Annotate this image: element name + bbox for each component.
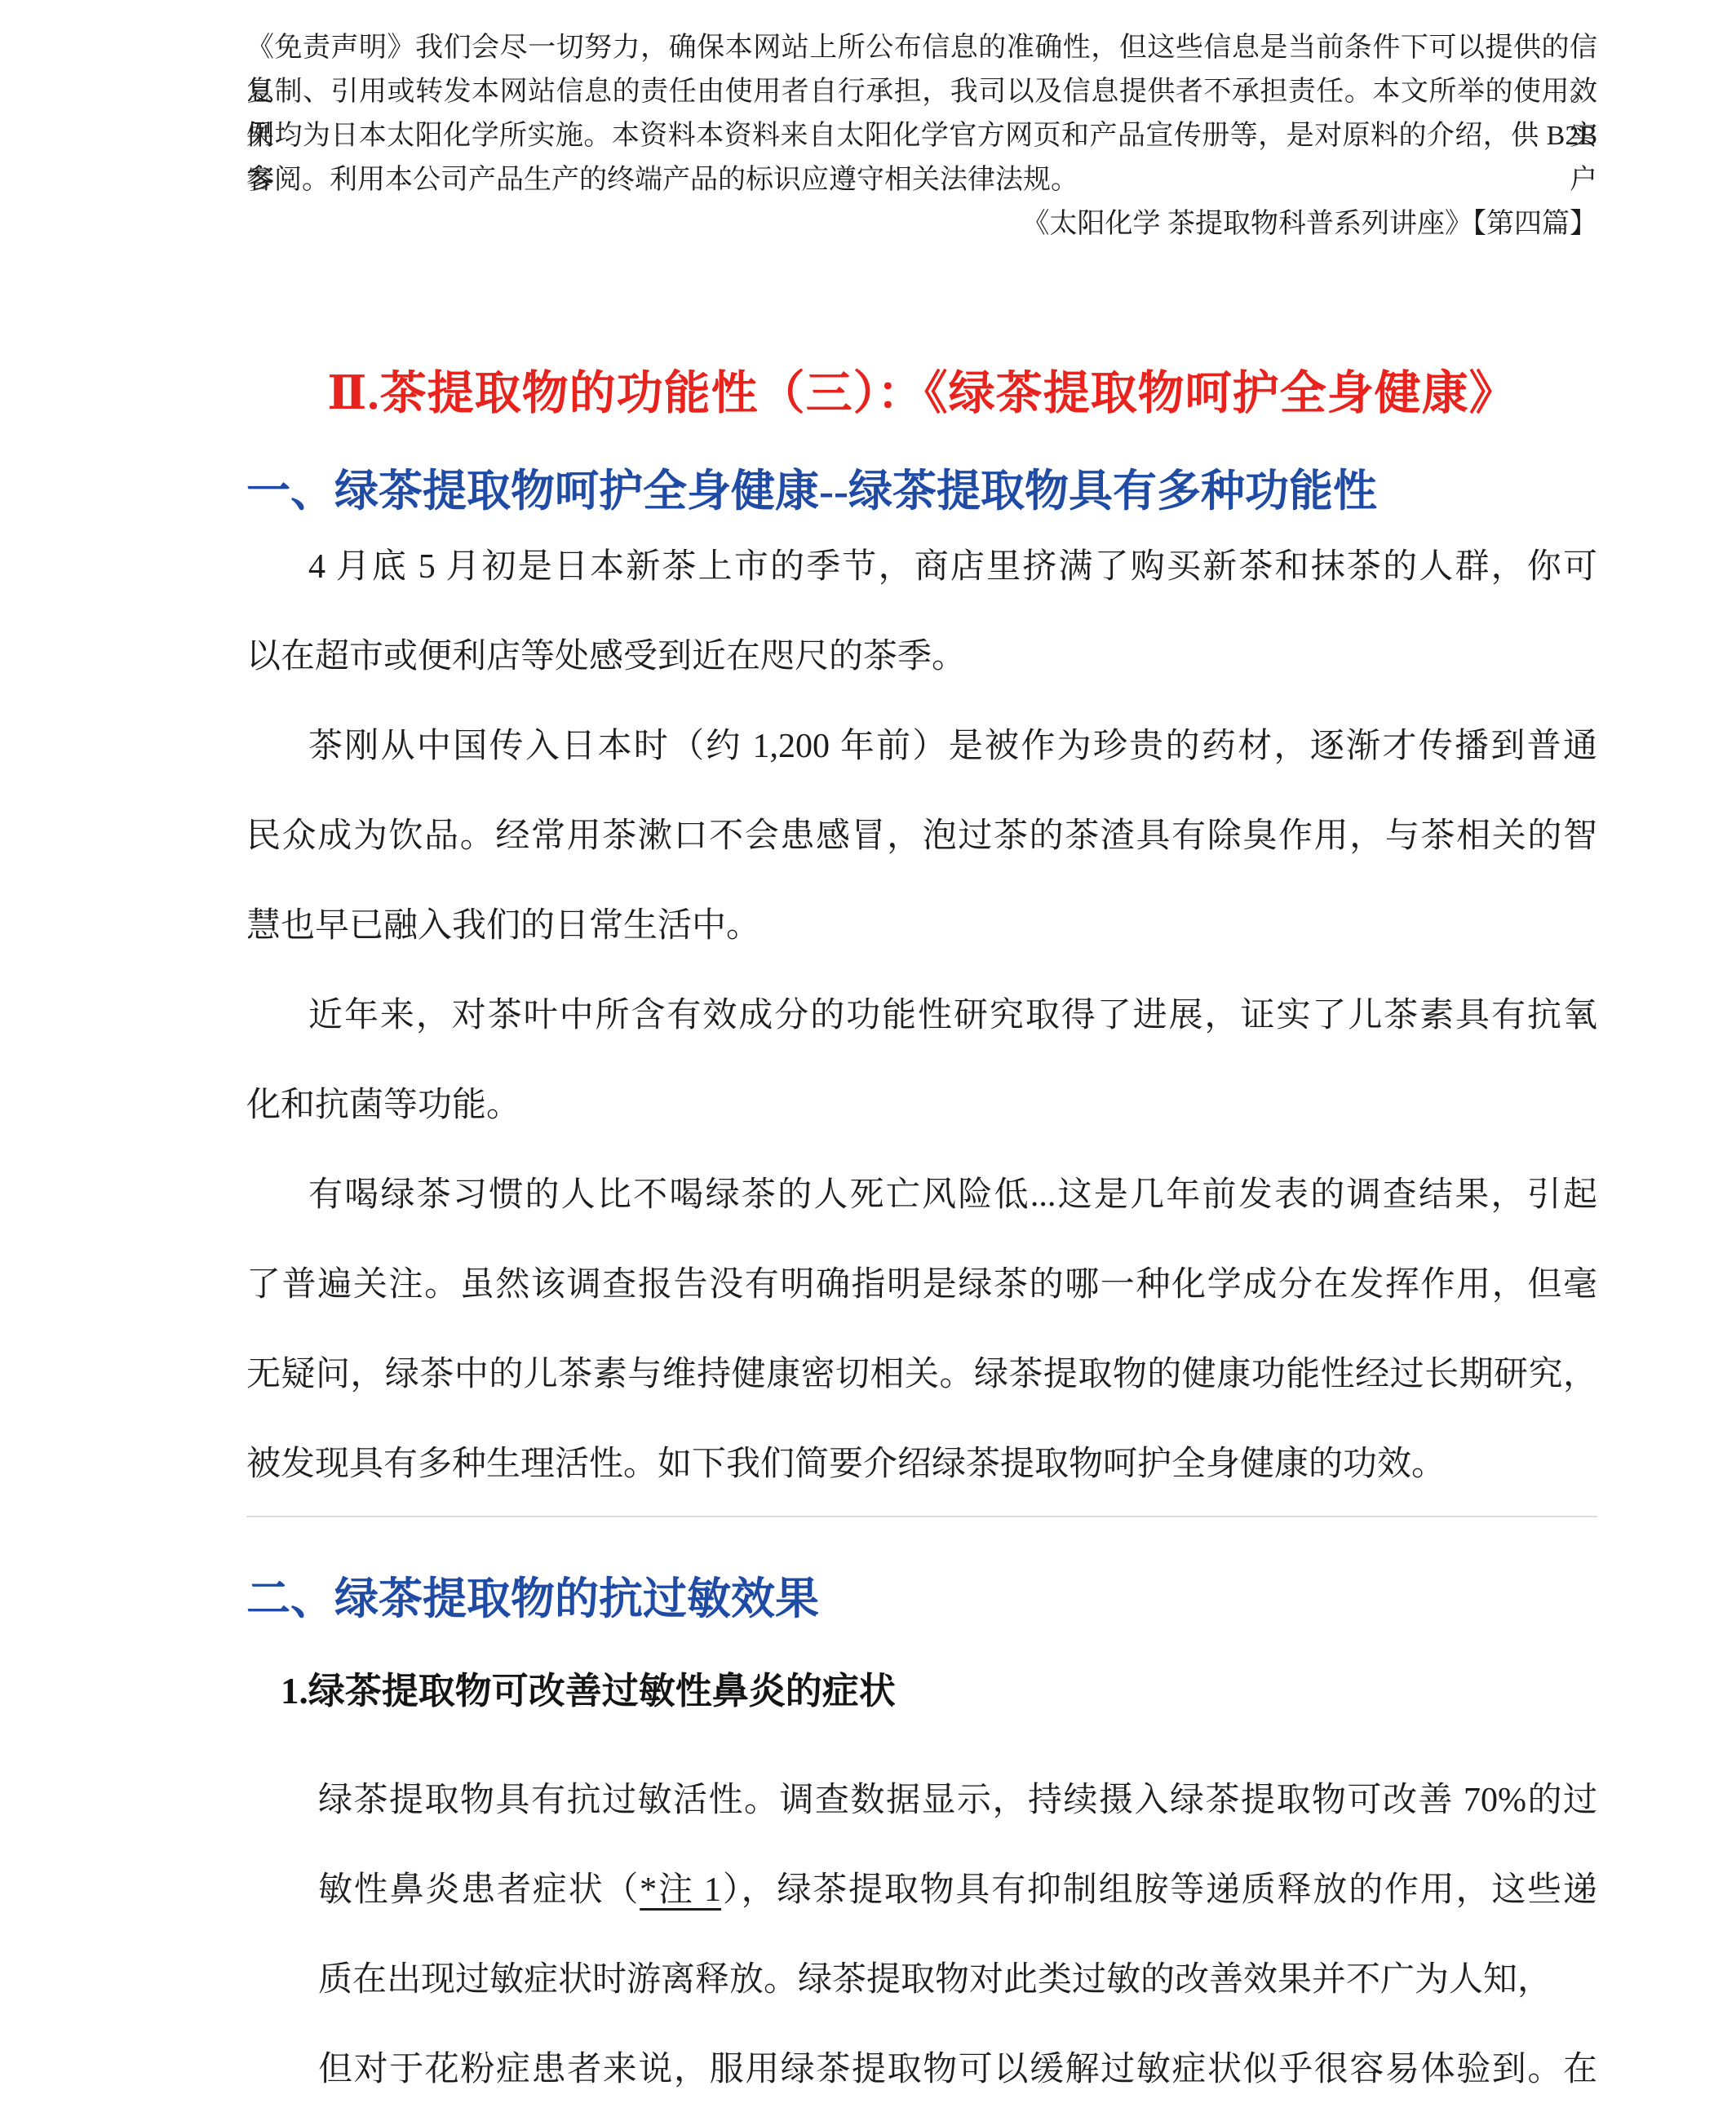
text-segment: 茶刚从中国传入日本时（约 1,200 年前）是被作为珍贵的药材，逐渐才传播到普通 [308,728,1597,765]
paragraph: 4 月底 5 月初是日本新茶上市的季节，商店里挤满了购买新茶和抹茶的人群，你可以… [246,522,1597,702]
disclaimer-line: 《太阳化学 茶提取物科普系列讲座》【第四篇】 [246,202,1597,246]
body-line: 民众成为饮品。经常用茶漱口不会患感冒，泡过茶的茶渣具有除臭作用，与茶相关的智 [246,791,1597,881]
text-segment: 无疑问，绿茶中的儿茶素与维持健康密切相关。绿茶提取物的健康功能性经过长期研究， [246,1356,1597,1393]
body-line: 有喝绿茶习惯的人比不喝绿茶的人死亡风险低...这是几年前发表的调查结果，引起 [246,1150,1597,1240]
body-line: 被发现具有多种生理活性。如下我们简要介绍绿茶提取物呵护全身健康的功效。 [246,1419,1597,1509]
text-segment: 以在超市或便利店等处感受到近在咫尺的茶季。 [246,638,966,675]
paragraph: 近年来，对茶叶中所含有效成分的功能性研究取得了进展，证实了儿茶素具有抗氧化和抗菌… [246,971,1597,1150]
section1-body: 4 月底 5 月初是日本新茶上市的季节，商店里挤满了购买新茶和抹茶的人群，你可以… [246,522,1597,1509]
document-page: 《免责声明》我们会尽一切努力，确保本网站上所公布信息的准确性，但这些信息是当前条… [0,0,1736,2121]
section2-heading: 二、绿茶提取物的抗过敏效果 [246,1568,1597,1630]
body-line: 质在出现过敏症状时游离释放。绿茶提取物对此类过敏的改善效果并不广为人知， [318,1935,1597,2025]
text-segment: 被发现具有多种生理活性。如下我们简要介绍绿茶提取物呵护全身健康的功效。 [246,1446,1446,1483]
body-line: 以在超市或便利店等处感受到近在咫尺的茶季。 [246,612,1597,702]
body-line: 慧也早已融入我们的日常生活中。 [246,881,1597,971]
text-segment: 民众成为饮品。经常用茶漱口不会患感冒，泡过茶的茶渣具有除臭作用，与茶相关的智 [246,817,1597,855]
paragraph: 绿茶提取物具有抗过敏活性。调查数据显示，持续摄入绿茶提取物可改善 70%的过敏性… [318,1756,1597,2114]
section2-body: 绿茶提取物具有抗过敏活性。调查数据显示，持续摄入绿茶提取物可改善 70%的过敏性… [318,1756,1597,2114]
section-divider [246,1516,1597,1517]
text-segment: 绿茶提取物具有抗过敏活性。调查数据显示，持续摄入绿茶提取物可改善 70%的过 [318,1782,1597,1819]
disclaimer-block: 《免责声明》我们会尽一切努力，确保本网站上所公布信息的准确性，但这些信息是当前条… [246,26,1597,246]
text-segment: 了普遍关注。虽然该调查报告没有明确指明是绿茶的哪一种化学成分在发挥作用，但毫 [246,1266,1597,1304]
body-line: 敏性鼻炎患者症状（*注 1），绿茶提取物具有抑制组胺等递质释放的作用，这些递 [318,1845,1597,1935]
text-segment: 4 月底 5 月初是日本新茶上市的季节，商店里挤满了购买新茶和抹茶的人群，你可 [308,548,1597,586]
body-line: 绿茶提取物具有抗过敏活性。调查数据显示，持续摄入绿茶提取物可改善 70%的过 [318,1756,1597,1845]
body-line: 化和抗菌等功能。 [246,1060,1597,1150]
text-segment: 敏性鼻炎患者症状（ [318,1871,640,1909]
text-segment: 但对于花粉症患者来说，服用绿茶提取物可以缓解过敏症状似乎很容易体验到。在 [318,2051,1597,2088]
body-line: 了普遍关注。虽然该调查报告没有明确指明是绿茶的哪一种化学成分在发挥作用，但毫 [246,1240,1597,1330]
section1-heading: 一、绿茶提取物呵护全身健康--绿茶提取物具有多种功能性 [246,460,1597,522]
paragraph: 有喝绿茶习惯的人比不喝绿茶的人死亡风险低...这是几年前发表的调查结果，引起了普… [246,1150,1597,1509]
text-segment: 近年来，对茶叶中所含有效成分的功能性研究取得了进展，证实了儿茶素具有抗氧 [308,997,1597,1034]
text-segment: 慧也早已融入我们的日常生活中。 [246,907,760,945]
body-line: 4 月底 5 月初是日本新茶上市的季节，商店里挤满了购买新茶和抹茶的人群，你可 [246,522,1597,612]
text-segment: ），绿茶提取物具有抑制组胺等递质释放的作用，这些递 [721,1871,1597,1909]
section2-subheading: 1.绿茶提取物可改善过敏性鼻炎的症状 [281,1666,1597,1716]
disclaimer-line: 复制、引用或转发本网站信息的责任由使用者自行承担，我司以及信息提供者不承担责任。… [246,70,1597,114]
paragraph: 茶刚从中国传入日本时（约 1,200 年前）是被作为珍贵的药材，逐渐才传播到普通… [246,702,1597,971]
body-line: 近年来，对茶叶中所含有效成分的功能性研究取得了进展，证实了儿茶素具有抗氧 [246,971,1597,1060]
body-line: 无疑问，绿茶中的儿茶素与维持健康密切相关。绿茶提取物的健康功能性经过长期研究， [246,1330,1597,1419]
text-segment: 化和抗菌等功能。 [246,1087,520,1124]
body-line: 茶刚从中国传入日本时（约 1,200 年前）是被作为珍贵的药材，逐渐才传播到普通 [246,702,1597,791]
disclaimer-line: 《免责声明》我们会尽一切努力，确保本网站上所公布信息的准确性，但这些信息是当前条… [246,26,1597,70]
main-title: Ⅱ.茶提取物的功能性（三）：《绿茶提取物呵护全身健康》 [246,365,1597,423]
disclaimer-line: 例均为日本太阳化学所实施。本资料本资料来自太阳化学官方网页和产品宣传册等，是对原… [246,114,1597,158]
note-1-link[interactable]: *注 1 [640,1871,721,1909]
text-segment: 质在出现过敏症状时游离释放。绿茶提取物对此类过敏的改善效果并不广为人知， [318,1961,1552,1999]
text-segment: 有喝绿茶习惯的人比不喝绿茶的人死亡风险低...这是几年前发表的调查结果，引起 [308,1176,1597,1214]
body-line: 但对于花粉症患者来说，服用绿茶提取物可以缓解过敏症状似乎很容易体验到。在 [318,2025,1597,2114]
